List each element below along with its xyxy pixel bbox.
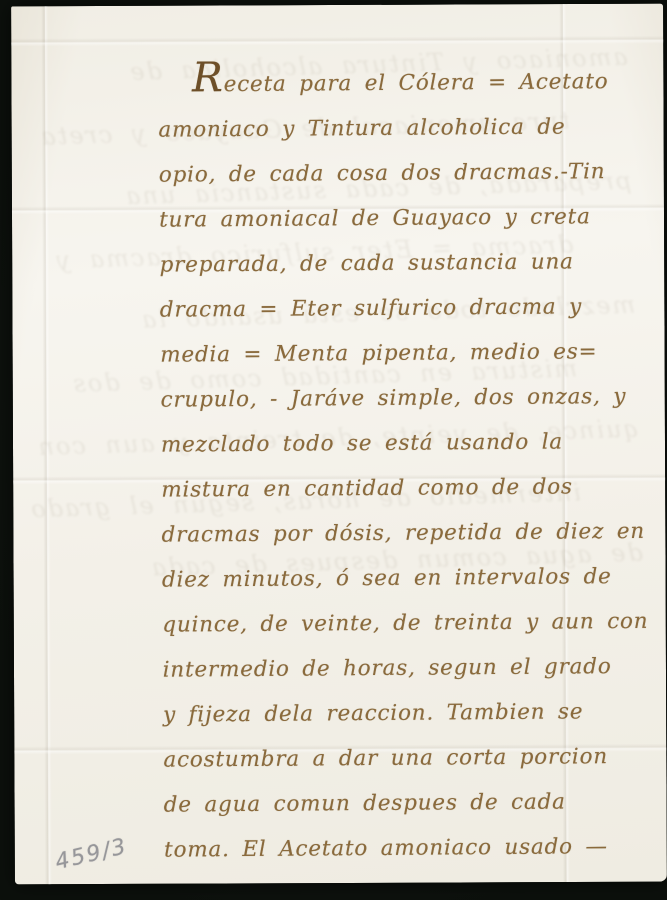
manuscript-text: Receta para el Cólera = Acetato amoniaco… — [158, 59, 667, 873]
manuscript-line-8: crupulo, - Jaráve simple, dos onzas, y — [160, 374, 667, 423]
manuscript-line-18: toma. El Acetato amoniaco usado — — [164, 824, 667, 873]
manuscript-line-4: tura amoniacal de Guayaco y creta — [159, 194, 667, 243]
manuscript-line-14: intermedio de horas, segun el grado — [163, 644, 667, 693]
manuscript-line-2: amoniaco y Tintura alcoholica de — [158, 104, 667, 153]
manuscript-line-1: Receta para el Cólera = Acetato — [158, 59, 667, 108]
manuscript-line-16: acostumbra a dar una corta porcion — [163, 734, 667, 783]
manuscript-line-13: quince, de veinte, de treinta y aun con — [162, 599, 667, 648]
manuscript-line-3: opio, de cada cosa dos dracmas.-Tin — [159, 149, 667, 198]
manuscript-line-7: media = Menta pipenta, medio es= — [160, 329, 667, 378]
manuscript-line-11: dracmas por dósis, repetida de diez en — [161, 509, 667, 558]
scan-background: amoniaco y Tintura alcoholica de tura am… — [0, 0, 667, 900]
manuscript-line-10: mistura en cantidad como de dos — [161, 464, 667, 513]
manuscript-line-9: mezclado todo se está usando la — [161, 419, 667, 468]
manuscript-line-15: y fijeza dela reaccion. Tambien se — [163, 689, 667, 738]
manuscript-line-5: preparada, de cada sustancia una — [159, 239, 667, 288]
manuscript-line-17: de agua comun despues de cada — [164, 779, 667, 828]
manuscript-line-6: dracma = Eter sulfurico dracma y — [160, 284, 667, 333]
manuscript-page: amoniaco y Tintura alcoholica de tura am… — [11, 4, 667, 885]
manuscript-line-12: diez minutos, ó sea en intervalos de — [162, 554, 667, 603]
